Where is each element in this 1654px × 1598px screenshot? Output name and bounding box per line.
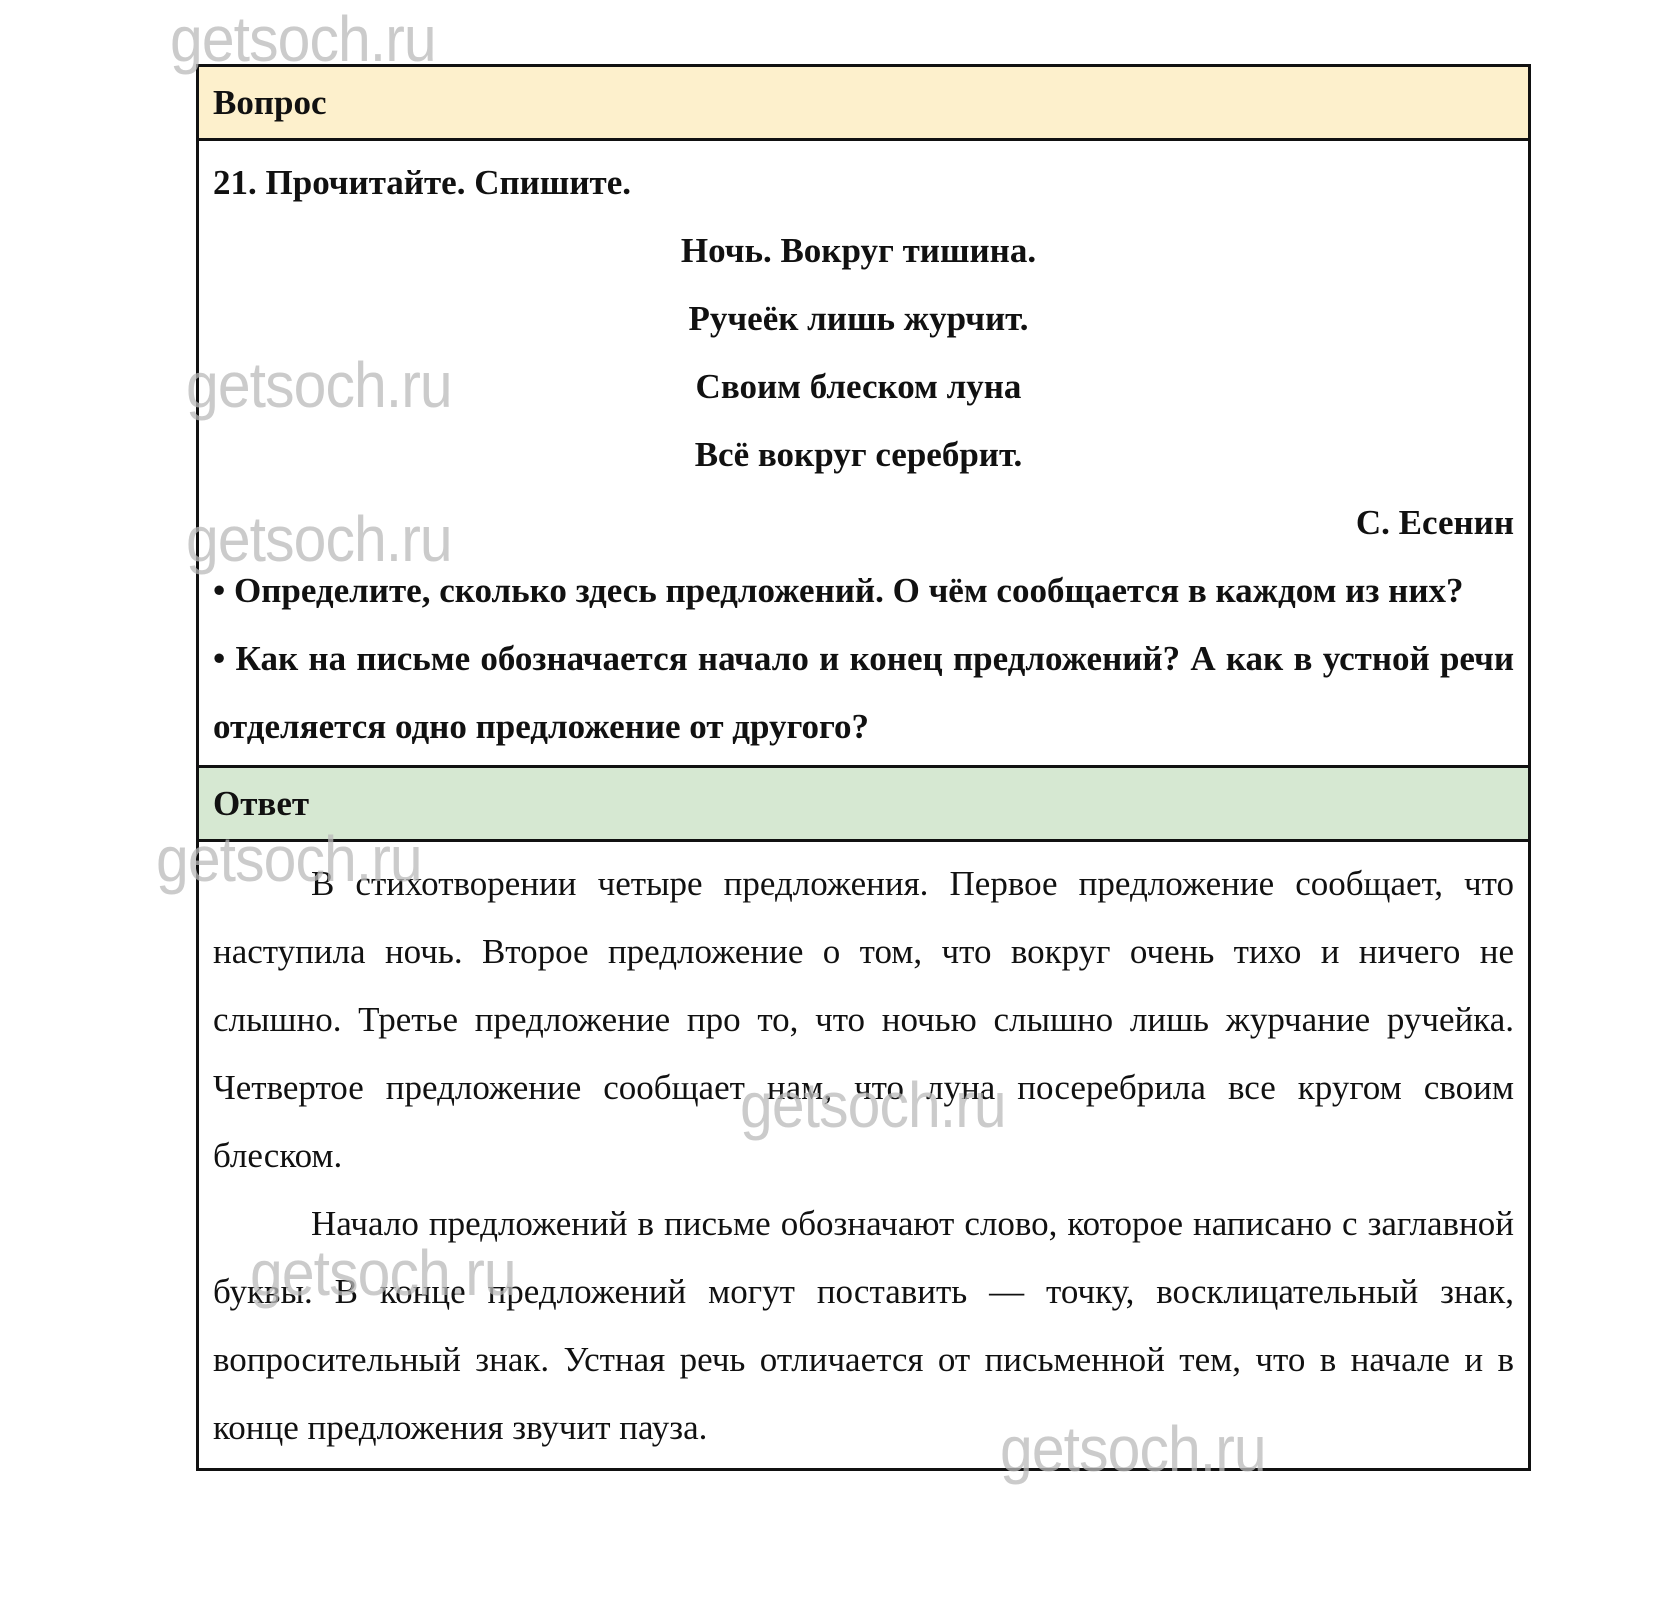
answer-body: В стихотворении четыре предложения. Перв… bbox=[199, 842, 1528, 1468]
qa-table: Вопрос 21. Прочитайте. Спишите. Ночь. Во… bbox=[196, 64, 1531, 1471]
question-bullet: • Как на письме обозначается начало и ко… bbox=[213, 625, 1514, 761]
poem-line: Ночь. Вокруг тишина. bbox=[213, 217, 1514, 285]
answer-paragraph: Начало предложений в письме обозначают с… bbox=[213, 1190, 1514, 1462]
answer-header-label: Ответ bbox=[213, 784, 309, 824]
question-header: Вопрос bbox=[199, 67, 1528, 141]
question-bullet: • Определите, сколько здесь предложений.… bbox=[213, 557, 1514, 625]
question-body: 21. Прочитайте. Спишите. Ночь. Вокруг ти… bbox=[199, 141, 1528, 765]
question-header-label: Вопрос bbox=[213, 83, 327, 123]
answer-paragraph: В стихотворении четыре предложения. Перв… bbox=[213, 850, 1514, 1190]
poem-line: Всё вокруг серебрит. bbox=[213, 421, 1514, 489]
poem-line: Ручеёк лишь журчит. bbox=[213, 285, 1514, 353]
poem-author: С. Есенин bbox=[213, 489, 1514, 557]
poem-line: Своим блеском луна bbox=[213, 353, 1514, 421]
answer-header: Ответ bbox=[199, 765, 1528, 842]
task-title: 21. Прочитайте. Спишите. bbox=[213, 149, 1514, 217]
